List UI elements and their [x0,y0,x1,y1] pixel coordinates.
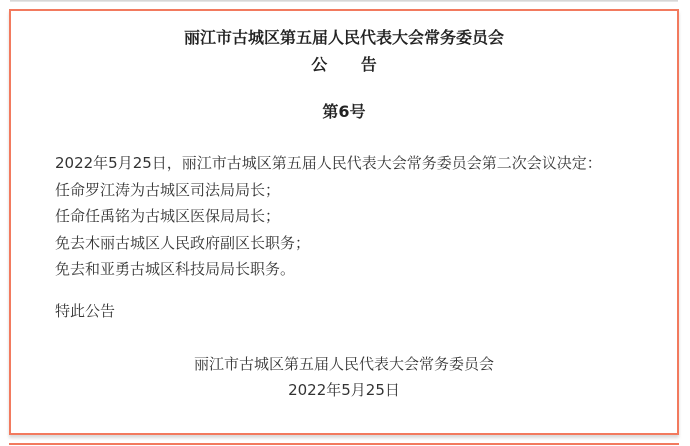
previous-section-shadow [10,0,678,2]
signature-org: 丽江市古城区第五届人民代表大会常务委员会 [11,351,677,377]
announcement-org-title: 丽江市古城区第五届人民代表大会常务委员会 [11,25,677,48]
announcement-number: 第6号 [11,99,677,122]
next-section-border [9,443,679,445]
announcement-body: 2022年5月25日，丽江市古城区第五届人民代表大会常务委员会第二次会议决定： … [55,150,602,283]
body-line-decision: 2022年5月25日，丽江市古城区第五届人民代表大会常务委员会第二次会议决定： [55,150,602,177]
announcement-box: 丽江市古城区第五届人民代表大会常务委员会 公 告 第6号 2022年5月25日，… [9,9,679,435]
announcement-type-heading: 公 告 [11,52,677,75]
signature-date: 2022年5月25日 [11,377,677,403]
body-line-appointment: 任命任禹铭为古城区医保局局长； [55,203,602,230]
body-line-removal: 免去和亚勇古城区科技局局长职务。 [55,256,602,283]
body-line-removal: 免去木丽古城区人民政府副区长职务； [55,230,602,257]
body-line-appointment: 任命罗江涛为古城区司法局局长； [55,177,602,204]
closing-statement: 特此公告 [55,298,115,324]
